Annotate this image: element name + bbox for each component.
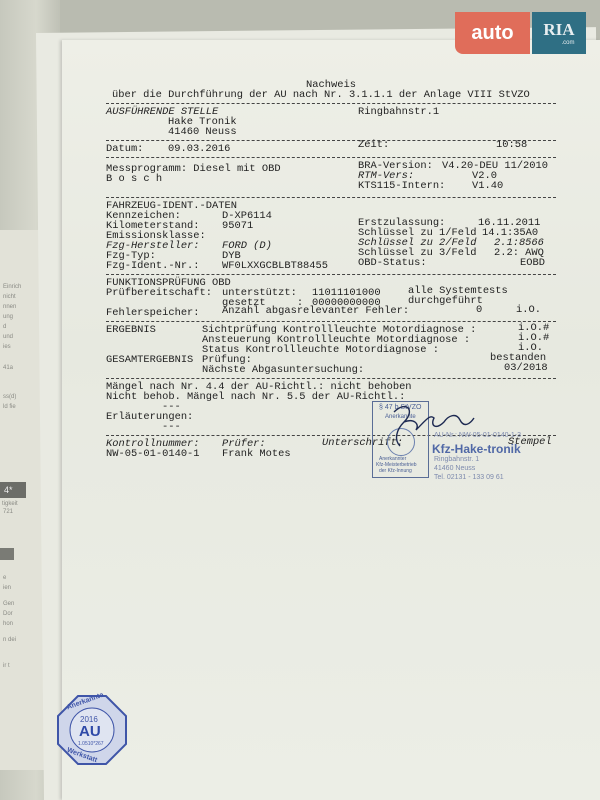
strip-text: ld fie: [3, 403, 16, 411]
field-value: i.O.: [516, 305, 541, 315]
field-label: OBD-Status:: [358, 258, 427, 268]
strip-text: n dei: [3, 636, 16, 644]
stamp-tel: Tel. 02131 - 133 09 61: [434, 474, 504, 481]
field-label: Anzahl abgasrelevanter Fehler:: [222, 306, 409, 316]
field-label: Prüfbereitschaft:: [106, 288, 212, 298]
divider: [106, 157, 556, 158]
au-seal-serial: 1.0510*267: [78, 741, 104, 747]
ergebnis-label: ERGEBNIS: [106, 325, 156, 335]
divider: [106, 140, 556, 141]
strip-text: und: [3, 333, 13, 341]
logo-suffix: .com: [561, 40, 574, 46]
datum-label: Datum:: [106, 144, 143, 154]
divider: [106, 274, 556, 275]
au-seal-mark: AU: [79, 723, 101, 740]
naechste-row: Nächste Abgasuntersuchung: 03/2018: [106, 365, 556, 375]
strip-text: 721: [3, 508, 13, 516]
field-value: 0: [476, 305, 482, 315]
strip-text: nicht: [3, 293, 16, 301]
divider: [106, 321, 556, 322]
signature-icon: [386, 400, 476, 450]
stamp-text: der Kfz-Innung: [379, 468, 412, 474]
field-value: 95071: [222, 221, 253, 231]
naechste-value: 03/2018: [504, 363, 548, 373]
strip-text: Dor: [3, 610, 13, 618]
strip-text: d: [3, 323, 6, 331]
strip-text: tigkeit: [2, 500, 18, 508]
stelle-city-row: 41460 Neuss: [106, 127, 556, 137]
zeit-value: 10:58: [496, 140, 527, 150]
kts-value: V1.40: [472, 181, 503, 191]
field-value: EOBD: [520, 258, 545, 268]
autoria-logo-ria: RIA .com: [532, 12, 586, 54]
logo-text: RIA: [543, 20, 574, 40]
zeit-label: Zeit:: [358, 140, 389, 150]
field-note: durchgeführt: [408, 296, 483, 306]
field-label: Fehlerspeicher:: [106, 308, 200, 318]
pruefer-value: Frank Motes: [222, 449, 291, 459]
doc-subtitle: über die Durchführung der AU nach Nr. 3.…: [106, 90, 556, 100]
stelle-street: Ringbahnstr.1: [358, 107, 439, 117]
strip-text: e: [3, 574, 6, 582]
datum-value: 09.03.2016: [168, 144, 230, 154]
stamp-street: Ringbahnstr. 1: [434, 456, 479, 463]
strip-text: ir t: [3, 662, 10, 670]
gesamt-label: GESAMTERGEBNIS: [106, 355, 193, 365]
field-label: Fzg-Ident.-Nr.:: [106, 261, 200, 271]
fahrzeug-row: Fzg-Ident.-Nr.: WF0LXXGCBLBT88455 OBD-St…: [106, 261, 556, 271]
fahrzeug-row: Fzg-Hersteller: FORD (D) Schlüssel zu 2/…: [106, 241, 556, 251]
strip-header: 4*: [0, 482, 26, 498]
naechste-label: Nächste Abgasuntersuchung:: [202, 365, 364, 375]
stamp-city: 41460 Neuss: [434, 465, 475, 472]
strip-text: nnen: [3, 303, 16, 311]
logo-text: auto: [471, 22, 513, 45]
divider: [106, 197, 556, 198]
strip-bar: [0, 548, 14, 560]
divider: [106, 103, 556, 104]
strip-text: 41a: [3, 364, 13, 372]
strip-text: hon: [3, 620, 13, 628]
autoria-logo-auto: auto: [455, 12, 530, 54]
kts-row: KTS115-Intern: V1.40: [106, 181, 556, 191]
strip-text: ien: [3, 584, 11, 592]
divider: [106, 378, 556, 379]
strip-text: ung: [3, 313, 13, 321]
kontroll-value: NW-05-01-0140-1: [106, 449, 200, 459]
strip-text: Einrich: [3, 283, 21, 291]
funktion-row: Fehlerspeicher: Anzahl abgasrelevanter F…: [106, 308, 556, 318]
kts-label: KTS115-Intern:: [358, 181, 445, 191]
strip-text: Gen: [3, 600, 14, 608]
au-certificate: Nachweis über die Durchführung der AU na…: [106, 80, 556, 459]
erlaeuterungen-dashes: ---: [106, 422, 556, 432]
datum-zeit-row: Datum: 09.03.2016 Zeit: 10:58: [106, 144, 556, 154]
stelle-city: 41460 Neuss: [168, 127, 237, 137]
strip-text: ss(d): [3, 393, 16, 401]
field-value: WF0LXXGCBLBT88455: [222, 261, 328, 271]
strip-text: ies: [3, 343, 11, 351]
